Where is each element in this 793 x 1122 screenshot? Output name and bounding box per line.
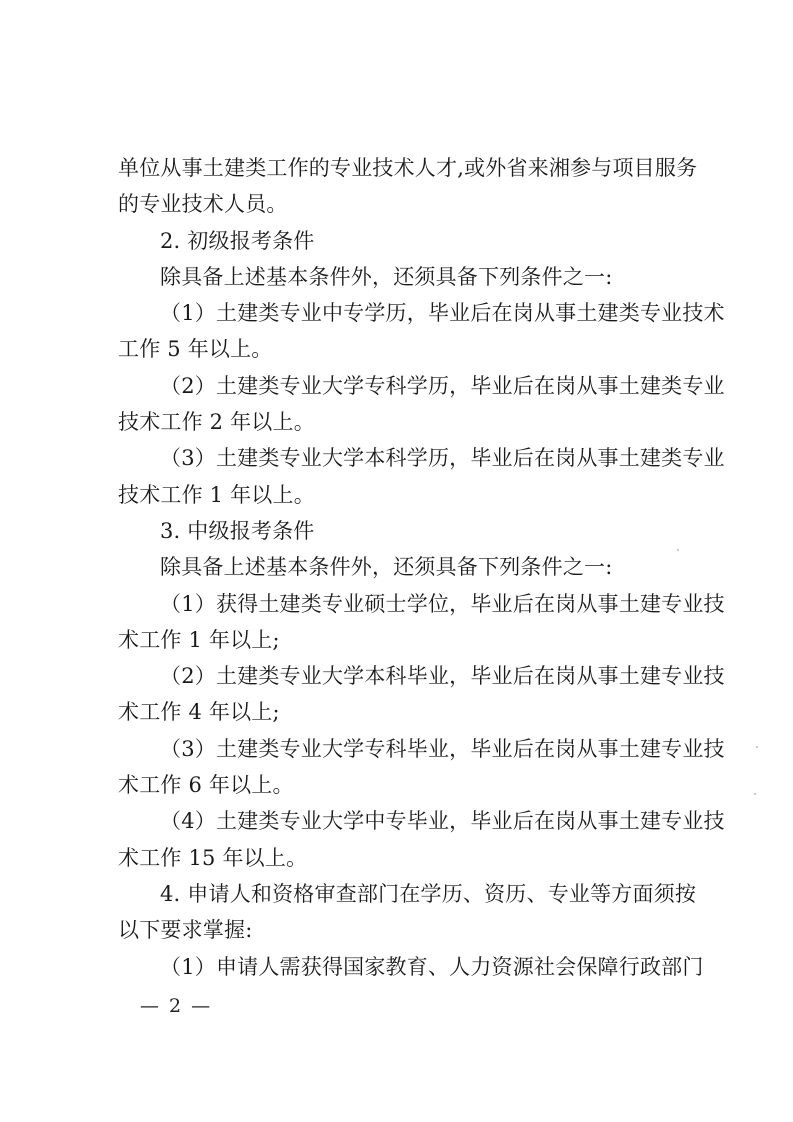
list-item: （1）申请人需获得国家教育、人力资源社会保障行政部门 [118,949,693,985]
text-line: 以下要求掌握: [118,912,693,948]
text-line: 术工作 6 年以上。 [118,767,693,803]
list-item: （4）土建类专业大学中专毕业，毕业后在岗从事土建专业技 [118,803,693,839]
list-item: （3）土建类专业大学专科毕业，毕业后在岗从事土建专业技 [118,731,693,767]
document-body: 单位从事土建类工作的专业技术人才,或外省来湘参与项目服务 的专业技术人员。 2.… [118,150,693,985]
text-line: 术工作 15 年以上。 [118,840,693,876]
list-item: （2）土建类专业大学本科毕业，毕业后在岗从事土建专业技 [118,658,693,694]
page-number: — 2 — [140,995,212,1017]
text-line: 技术工作 1 年以上。 [118,477,693,513]
text-line: 除具备上述基本条件外，还须具备下列条件之一: [118,259,693,295]
list-item: （3）土建类专业大学本科学历，毕业后在岗从事土建类专业 [118,440,693,476]
text-line: 工作 5 年以上。 [118,331,693,367]
scan-speck [677,549,679,551]
section-heading-junior: 2. 初级报考条件 [118,223,693,259]
list-item: （2）土建类专业大学专科学历，毕业后在岗从事土建类专业 [118,368,693,404]
text-line: 的专业技术人员。 [118,186,693,222]
scan-speck [756,746,758,748]
list-item: （1）获得土建类专业硕士学位，毕业后在岗从事土建专业技 [118,586,693,622]
text-line: 单位从事土建类工作的专业技术人才,或外省来湘参与项目服务 [118,150,693,186]
section-heading-intermediate: 3. 中级报考条件 [118,513,693,549]
text-line: 除具备上述基本条件外，还须具备下列条件之一: [118,549,693,585]
text-line: 术工作 1 年以上; [118,622,693,658]
text-line: 技术工作 2 年以上。 [118,404,693,440]
text-line: 术工作 4 年以上; [118,694,693,730]
scan-speck [754,793,756,795]
list-item: （1）土建类专业中专学历，毕业后在岗从事土建类专业技术 [118,295,693,331]
section-heading-review: 4. 申请人和资格审查部门在学历、资历、专业等方面须按 [118,876,693,912]
